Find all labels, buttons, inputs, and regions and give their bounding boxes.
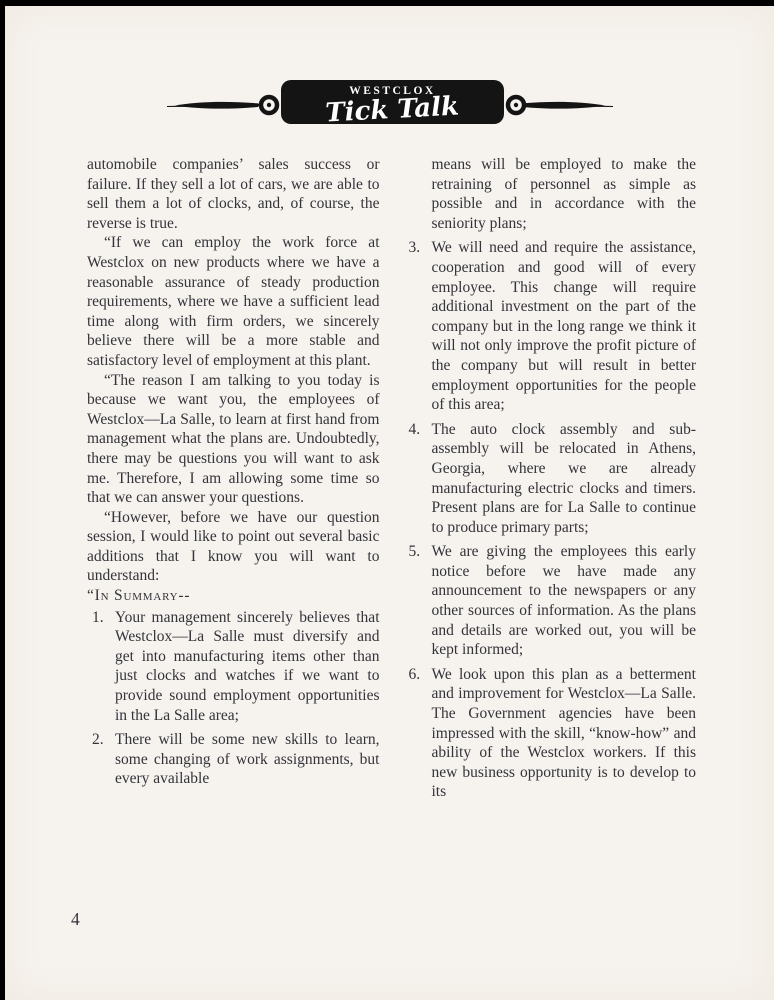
list-item-text: We will need and require the assistance,… [432, 239, 697, 413]
list-item-number: 1. [92, 608, 104, 628]
paragraph: “However, before we have our question se… [87, 508, 380, 586]
list-item-number: 5. [409, 542, 421, 562]
list-item-number: 3. [409, 238, 421, 258]
list-item: 6. We look upon this plan as a bettermen… [404, 665, 697, 802]
clock-hand-right-icon [520, 102, 613, 109]
summary-heading: “In Summary-- [87, 586, 380, 606]
list-item: 4. The auto clock assembly and sub-assem… [404, 420, 697, 538]
right-column: means will be employed to make the retra… [404, 155, 697, 807]
list-item-number: 6. [409, 665, 421, 685]
numbered-list: 1. Your management sincerely believes th… [87, 608, 380, 789]
tick-talk-logo: WESTCLOX Tick Talk [165, 76, 615, 132]
list-item-text: Your management sincerely believes that … [115, 609, 380, 724]
masthead: WESTCLOX Tick Talk [165, 6, 615, 137]
list-item-text: We are giving the employees this early n… [432, 543, 697, 658]
list-item-text: The auto clock assembly and sub-assembly… [432, 421, 697, 536]
clock-hand-left-icon [167, 102, 260, 109]
list-item: 2. There will be some new skills to lear… [87, 730, 380, 789]
list-item-continuation: means will be employed to make the retra… [404, 155, 697, 233]
page-number: 4 [71, 909, 80, 930]
winding-ring-right-icon [508, 97, 524, 113]
list-item-text: We look upon this plan as a betterment a… [432, 666, 697, 801]
article-body: automobile companies’ sales success or f… [87, 155, 696, 807]
scanned-newsletter-page: WESTCLOX Tick Talk automobile companies’… [5, 6, 774, 1000]
left-column: automobile companies’ sales success or f… [87, 155, 380, 807]
list-item-number: 4. [409, 420, 421, 440]
list-item-number: 2. [92, 730, 104, 750]
list-item-text: There will be some new skills to learn, … [115, 731, 380, 787]
list-item: 3. We will need and require the assistan… [404, 238, 697, 414]
numbered-list: 3. We will need and require the assistan… [404, 238, 697, 802]
winding-ring-left-icon [261, 97, 277, 113]
paragraph: “The reason I am talking to you today is… [87, 371, 380, 508]
list-item: 1. Your management sincerely believes th… [87, 608, 380, 726]
list-item: 5. We are giving the employees this earl… [404, 542, 697, 660]
paragraph: “If we can employ the work force at West… [87, 233, 380, 370]
paragraph: automobile companies’ sales success or f… [87, 155, 380, 233]
